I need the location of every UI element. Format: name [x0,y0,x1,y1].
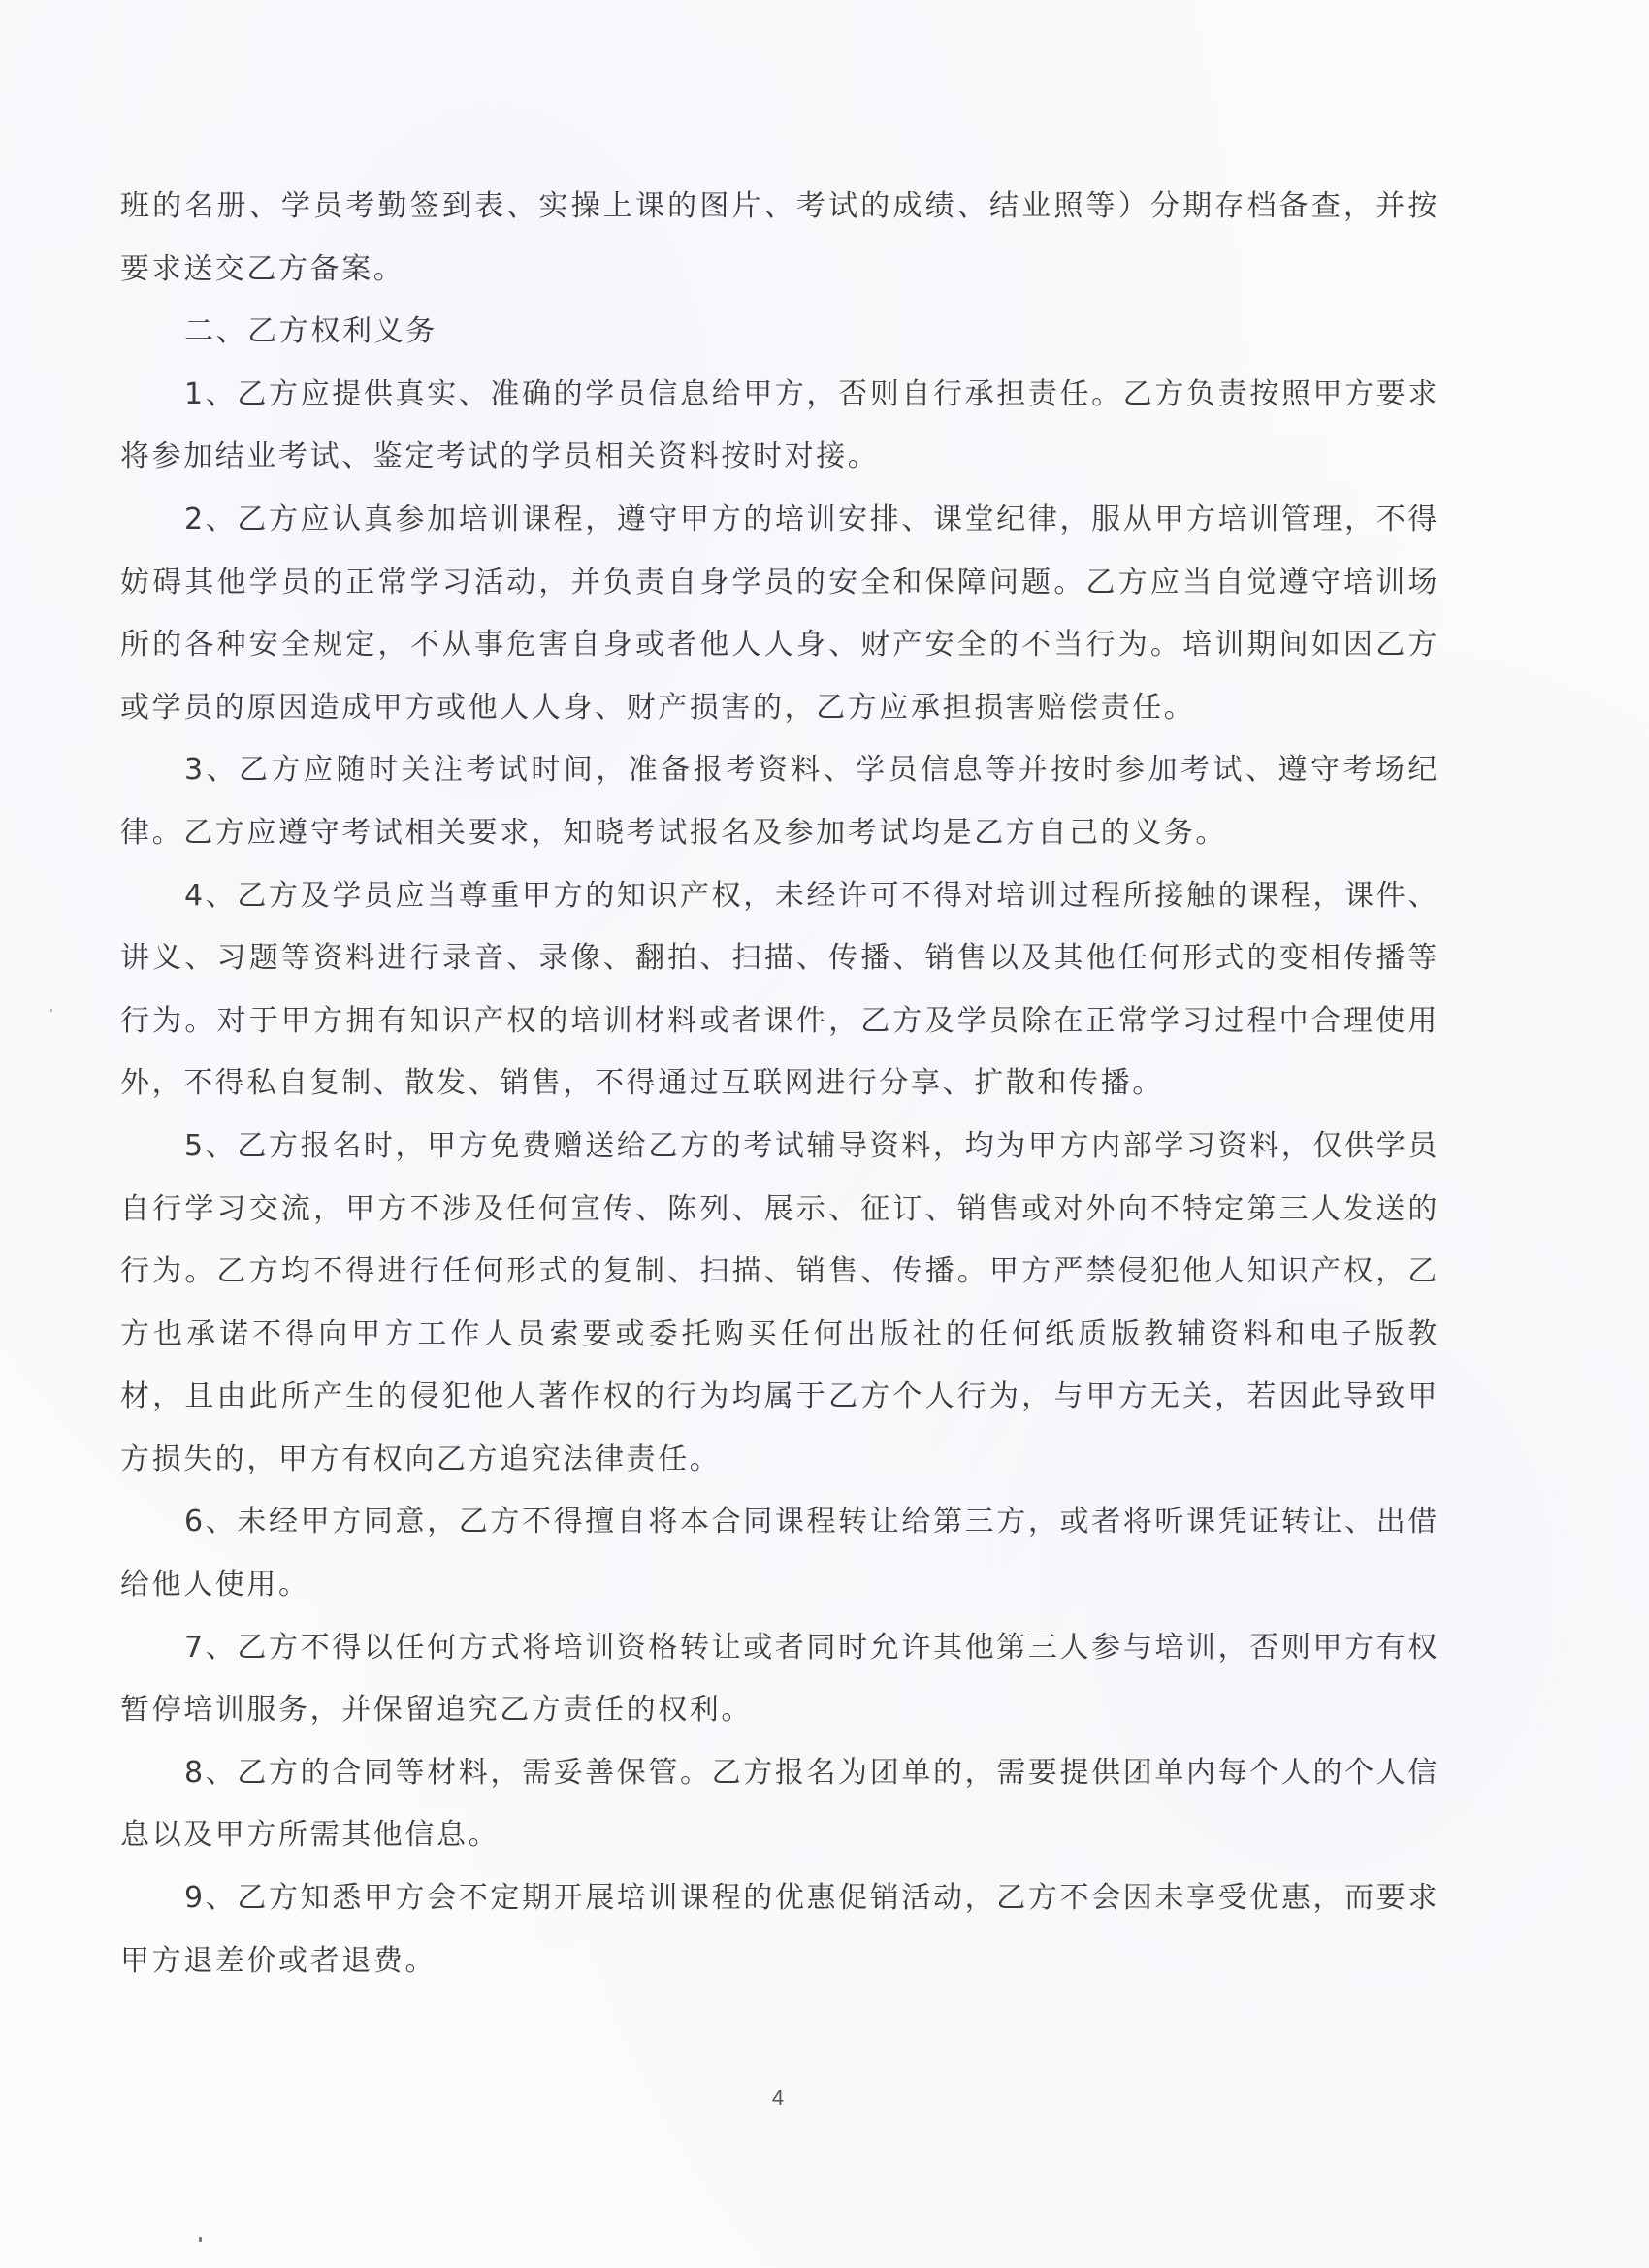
clause-2: 2、乙方应认真参加培训课程，遵守甲方的培训安排、课堂纪律，服从甲方培训管理，不得… [120,489,1439,739]
clause-6: 6、未经甲方同意，乙方不得擅自将本合同课程转让给第三方，或者将听课凭证转让、出借… [120,1491,1439,1616]
clause-4: 4、乙方及学员应当尊重甲方的知识产权，未经许可不得对培训过程所接触的课程，课件、… [120,865,1439,1116]
clause-9: 9、乙方知悉甲方会不定期开展培训课程的优惠促销活动，乙方不会因未享受优惠，而要求… [120,1867,1439,1993]
scanned-document-page: 班的名册、学员考勤签到表、实操上课的图片、考试的成绩、结业照等）分期存档备查，并… [0,0,1649,2268]
clause-7: 7、乙方不得以任何方式将培训资格转让或者同时允许其他第三人参与培训，否则甲方有权… [120,1617,1439,1742]
scan-speck [50,1009,52,1012]
clause-5: 5、乙方报名时，甲方免费赠送给乙方的考试辅导资料，均为甲方内部学习资料，仅供学员… [120,1116,1439,1492]
clause-1: 1、乙方应提供真实、准确的学员信息给甲方，否则自行承担责任。乙方负责按照甲方要求… [120,364,1439,489]
page-number: 4 [766,2086,790,2111]
section-heading: 二、乙方权利义务 [120,301,1439,364]
continuation-paragraph: 班的名册、学员考勤签到表、实操上课的图片、考试的成绩、结业照等）分期存档备查，并… [120,176,1439,301]
clause-8: 8、乙方的合同等材料，需妥善保管。乙方报名为团单的，需要提供团单内每个人的个人信… [120,1742,1439,1867]
scan-speck [199,2237,202,2242]
document-body: 班的名册、学员考勤签到表、实操上课的图片、考试的成绩、结业照等）分期存档备查，并… [120,176,1439,1993]
clause-3: 3、乙方应随时关注考试时间，准备报考资料、学员信息等并按时参加考试、遵守考场纪律… [120,739,1439,864]
